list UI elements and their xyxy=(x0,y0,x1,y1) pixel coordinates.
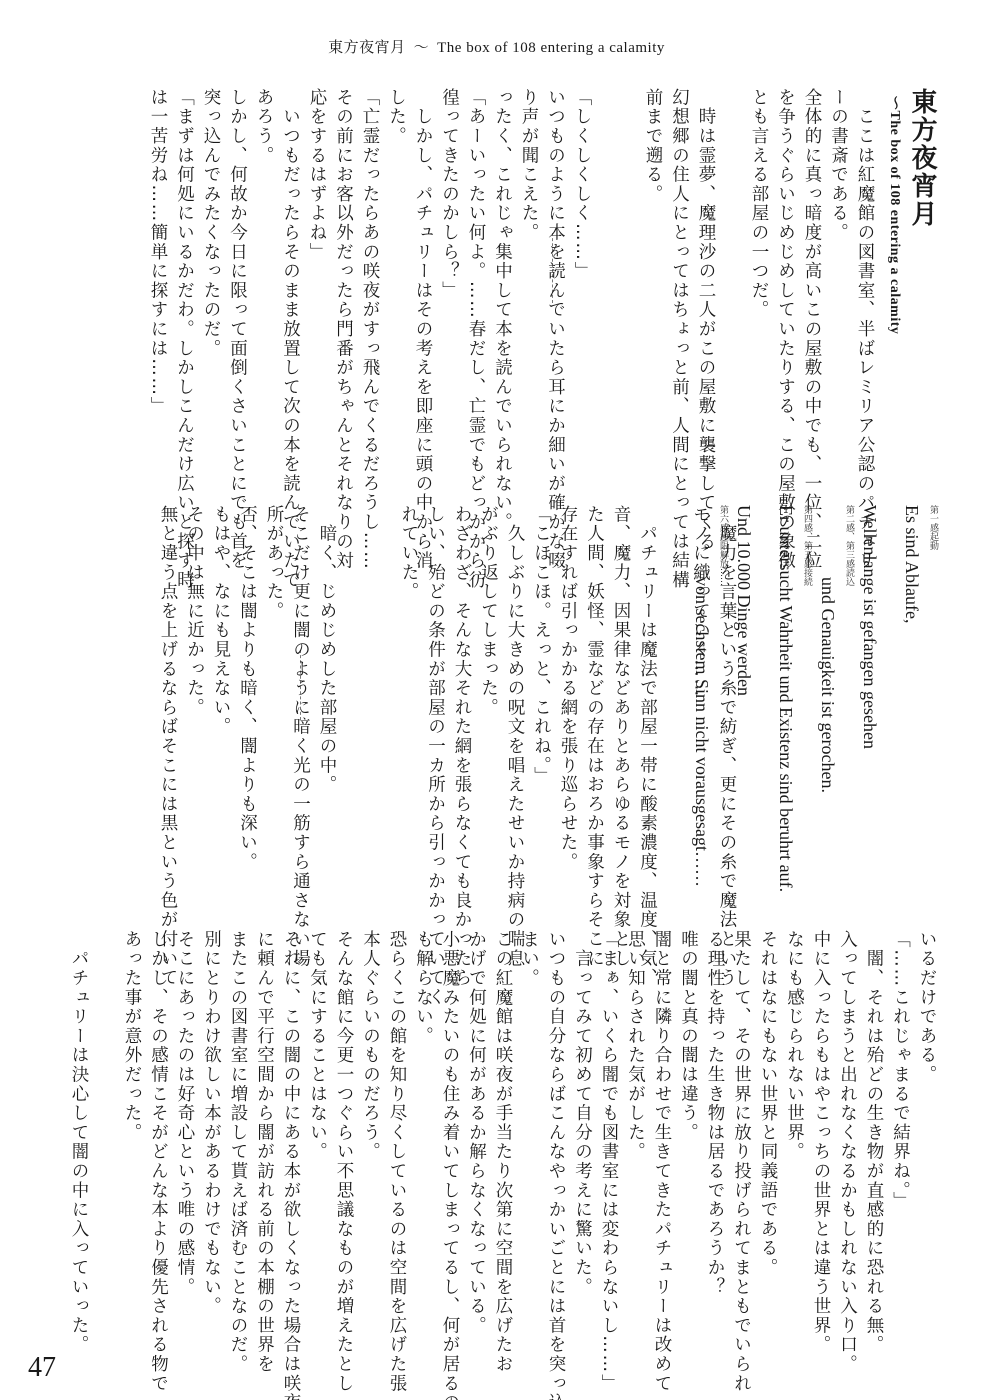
text-line: 言ってみて初めて自分の考えに驚いた。 xyxy=(569,930,596,1350)
text-line: 闇、それは殆どの生き物が直感的に恐れる無。 xyxy=(861,930,888,1350)
text-line: 唯の闇と真の闇は違う。 xyxy=(675,930,702,1350)
text-line: 「まぁ、いくら闇でも図書室には変わらないし……」 xyxy=(596,930,623,1350)
text-line: それはなにもない世界と同義語である。 xyxy=(755,930,782,1350)
text-line: がぶり返してしまった。 xyxy=(475,505,502,905)
text-line: 所があった。 xyxy=(261,505,288,905)
text-line: その中は無に近かった。 xyxy=(181,505,208,905)
text-line: 小悪魔みたいのも住み着いてしまってるし、何が居るのか xyxy=(437,930,464,1350)
text-line: いつもだったらそのまま放置して次の本を読んでいたで xyxy=(277,88,304,498)
text-line: 徨ってきたのかしら？」 xyxy=(436,88,463,498)
text-line: なにも感じられない世界。 xyxy=(781,930,808,1350)
chapter-title: 東方夜宵月 ～The box of 108 entering a calamit… xyxy=(884,88,940,488)
text-line: 時は霊夢、魔理沙の二人がこの屋敷に襲撃してくる xyxy=(693,88,720,498)
text-line: 「亡霊だったらあの咲夜がすっ飛んでくるだろうし…… xyxy=(357,88,384,498)
text-line: 突っ込んでみたくなったのだ。 xyxy=(198,88,225,498)
text-line: あろう。 xyxy=(251,88,278,498)
text-line: は一苦労ね……簡単に探すには……」 xyxy=(145,88,172,498)
verse-line: Er untersucht Wahrheit und Existenz sind… xyxy=(772,505,800,905)
text-line: いるだけである。 xyxy=(914,930,941,1350)
text-line: パチュリーは決心して闇の中に入っていった。 xyxy=(66,930,93,1350)
text-line: 幻想郷の住人にとってはちょっと前、人間にとっては結構 xyxy=(666,88,693,498)
text-line: まい。 xyxy=(516,930,543,1350)
text-line xyxy=(92,930,119,1350)
verse-line: und Genauigkeit ist gerochen. xyxy=(814,505,842,905)
text-line: 存在すれば引っかかる網を張り巡らせた。 xyxy=(555,505,582,905)
text-line: かげで何処に何があるか解らなくなっている。 xyxy=(463,930,490,1350)
text-line xyxy=(719,88,746,498)
text-line xyxy=(661,505,688,905)
verse-line: Wellenlange ist gefangen gesehen xyxy=(856,505,884,905)
text-line: とも言える部屋の一つだ。 xyxy=(746,88,773,498)
text-line: モノに織っていく…… xyxy=(687,505,714,905)
tier-3: いるだけである。 「……これじゃまるで結界ね。」 闇、それは殆どの生き物が直感的… xyxy=(60,930,940,1350)
text-line: ったく、これじゃ集中して本を読んでいられない。 xyxy=(489,88,516,498)
text-line: 無と違う点を上げるならばそこには黒という色が付いて xyxy=(155,505,182,905)
text-line: 闇と常に隣り合わせで生きてきたパチュリーは改めて xyxy=(649,930,676,1350)
text-line: 本人ぐらいのものだろう。 xyxy=(357,930,384,1350)
text-line: 思い知らされた気がした。 xyxy=(622,930,649,1350)
text-block-darkness: 暗く、じめじめした部屋の中。 そこだけ更に闇のように暗く光の一筋すら通さない場 … xyxy=(155,505,341,905)
text-line: り声が聞こえた。 xyxy=(516,88,543,498)
text-line: そこにあったのは好奇心という唯の感情。 xyxy=(172,930,199,1350)
text-line: した。 xyxy=(383,88,410,498)
chapter-title-main: 東方夜宵月 xyxy=(904,88,940,488)
verse-note: 第二感、第三感読込 xyxy=(842,505,856,905)
text-line: ーの書斎である。 xyxy=(825,88,852,498)
text-block-barrier: いるだけである。 「……これじゃまるで結界ね。」 闇、それは殆どの生き物が直感的… xyxy=(66,930,941,1350)
verse-note xyxy=(884,505,898,905)
tier-1: 東方夜宵月 ～The box of 108 entering a calamit… xyxy=(60,88,940,498)
text-block-sobbing: 「しくしくしく……」 いつものように本を読んでいたら耳にか細いが確かな啜 り声が… xyxy=(145,88,596,498)
text-line: れていた。 xyxy=(396,505,423,905)
text-line: いつもの自分ならばこんなやっかいごとには首を突っ込む xyxy=(543,930,570,1350)
running-header: 東方夜宵月～The box of 108 entering a calamity xyxy=(0,36,993,57)
text-line: しかし、何故か今日に限って面倒くさいことにでも首を xyxy=(224,88,251,498)
text-line: 音、魔力、因果律などありとあらゆるモノを対象とし xyxy=(608,505,635,905)
verse-note: 第四感、第五感接続 xyxy=(800,505,814,905)
text-line: を争うぐらいじめじめしていたりする、この屋敷の象徴 xyxy=(772,88,799,498)
text-line: そこだけ更に闇のように暗く光の一筋すら通さない場 xyxy=(287,505,314,905)
text-line: パチュリーは魔法で部屋一帯に酸素濃度、温度、気、 xyxy=(634,505,661,905)
text-line: ここは紅魔館の図書室、半ばレミリア公認のパチュリ xyxy=(852,88,879,498)
text-block-opening: ここは紅魔館の図書室、半ばレミリア公認のパチュリ ーの書斎である。 全体的に真っ… xyxy=(640,88,879,498)
text-line: 久しぶりに大きめの呪文を唱えたせいか持病の喘息 xyxy=(502,505,529,905)
text-line: 魔力を言葉という糸で紡ぎ、更にその糸で魔法という xyxy=(714,505,741,905)
text-line: しかし、その感情こそがどんな本より優先される物で xyxy=(145,930,172,1350)
text-line: あった事が意外だった。 xyxy=(119,930,146,1350)
text-line: 前まで遡る。 xyxy=(640,88,667,498)
text-line: 「……これじゃまるで結界ね。」 xyxy=(887,930,914,1350)
tier-2: 第一感起動 Es sind Ablaufe, Wellenlange ist g… xyxy=(60,505,940,905)
text-line: この紅魔館は咲夜が手当たり次第に空間を広げたお xyxy=(490,930,517,1350)
text-line: 否、そこは闇よりも暗く、闇よりも深い。 xyxy=(234,505,261,905)
page-number: 47 xyxy=(28,1352,56,1384)
text-line: ても気にすることはない。 xyxy=(304,930,331,1350)
text-line: その前にお客以外だったら門番がちゃんとそれなりの対 xyxy=(330,88,357,498)
text-line: 「まずは何処にいるかだわ。しかしこんだけ広いと探す時 xyxy=(171,88,198,498)
chapter-title-sub: ～The box of 108 entering a calamity xyxy=(884,88,904,488)
text-line: 「しくしくしく……」 xyxy=(569,88,596,498)
text-line: 「あーいったい何よ。……春だし、亡霊でもどっかから彷 xyxy=(463,88,490,498)
text-line: る理性を持った生き物は居るであろうか？ xyxy=(702,930,729,1350)
verse-note: 第一感起動 xyxy=(926,505,940,905)
text-line: に頼んで平行空間から闇が訪れる前の本棚の世界を xyxy=(251,930,278,1350)
text-line: 恐らくこの館を知り尽くしているのは空間を広げた張 xyxy=(384,930,411,1350)
text-line: しい、殆どの条件が部屋の一カ所から引っかかっていてく xyxy=(422,505,449,905)
text-line: 果たして、その世界に放り投げられてまともでいられ xyxy=(728,930,755,1350)
text-line: わざわざ、そんな大それた網を張らなくても良かったら xyxy=(449,505,476,905)
text-block-spell: 魔力を言葉という糸で紡ぎ、更にその糸で魔法という モノに織っていく…… パチュリ… xyxy=(396,505,741,905)
text-line: 入ってしまうと出れなくなるかもしれない入り口。 xyxy=(834,930,861,1350)
text-line: そんな館に今更一つぐらい不思議なものが増えたとし xyxy=(331,930,358,1350)
text-line: 別にとりわけ欲しい本があるわけでもない。 xyxy=(198,930,225,1350)
text-line: しかし、パチュリーはその考えを即座に頭の中から消 xyxy=(410,88,437,498)
text-line: いつものように本を読んでいたら耳にか細いが確かな啜 xyxy=(542,88,569,498)
header-title-en: The box of 108 entering a calamity xyxy=(437,40,665,56)
text-line: 中に入ったらもはやこっちの世界とは違う世界。 xyxy=(808,930,835,1350)
text-line: 暗く、じめじめした部屋の中。 xyxy=(314,505,341,905)
text-line: 「こほこほ。えっと、これね。」 xyxy=(528,505,555,905)
text-line: もはや、なにも見えない。 xyxy=(208,505,235,905)
header-title-jp: 東方夜宵月 xyxy=(328,40,406,56)
text-line: も解らない。 xyxy=(410,930,437,1350)
text-line: 全体的に真っ暗度が高いこの屋敷の中でも、一位、二位 xyxy=(799,88,826,498)
text-line: 応をするはずよね」 xyxy=(304,88,331,498)
text-line: た人間、妖怪、霊などの存在はおろか事象すらそこに xyxy=(581,505,608,905)
verse-line: Es sind Ablaufe, xyxy=(898,505,926,905)
verse-note xyxy=(758,505,772,905)
header-tilde: ～ xyxy=(414,40,430,56)
text-line: それに、この闇の中にある本が欲しくなった場合は咲夜 xyxy=(278,930,305,1350)
text-line: またこの図書室に増設して貰えば済むことなのだ。 xyxy=(225,930,252,1350)
